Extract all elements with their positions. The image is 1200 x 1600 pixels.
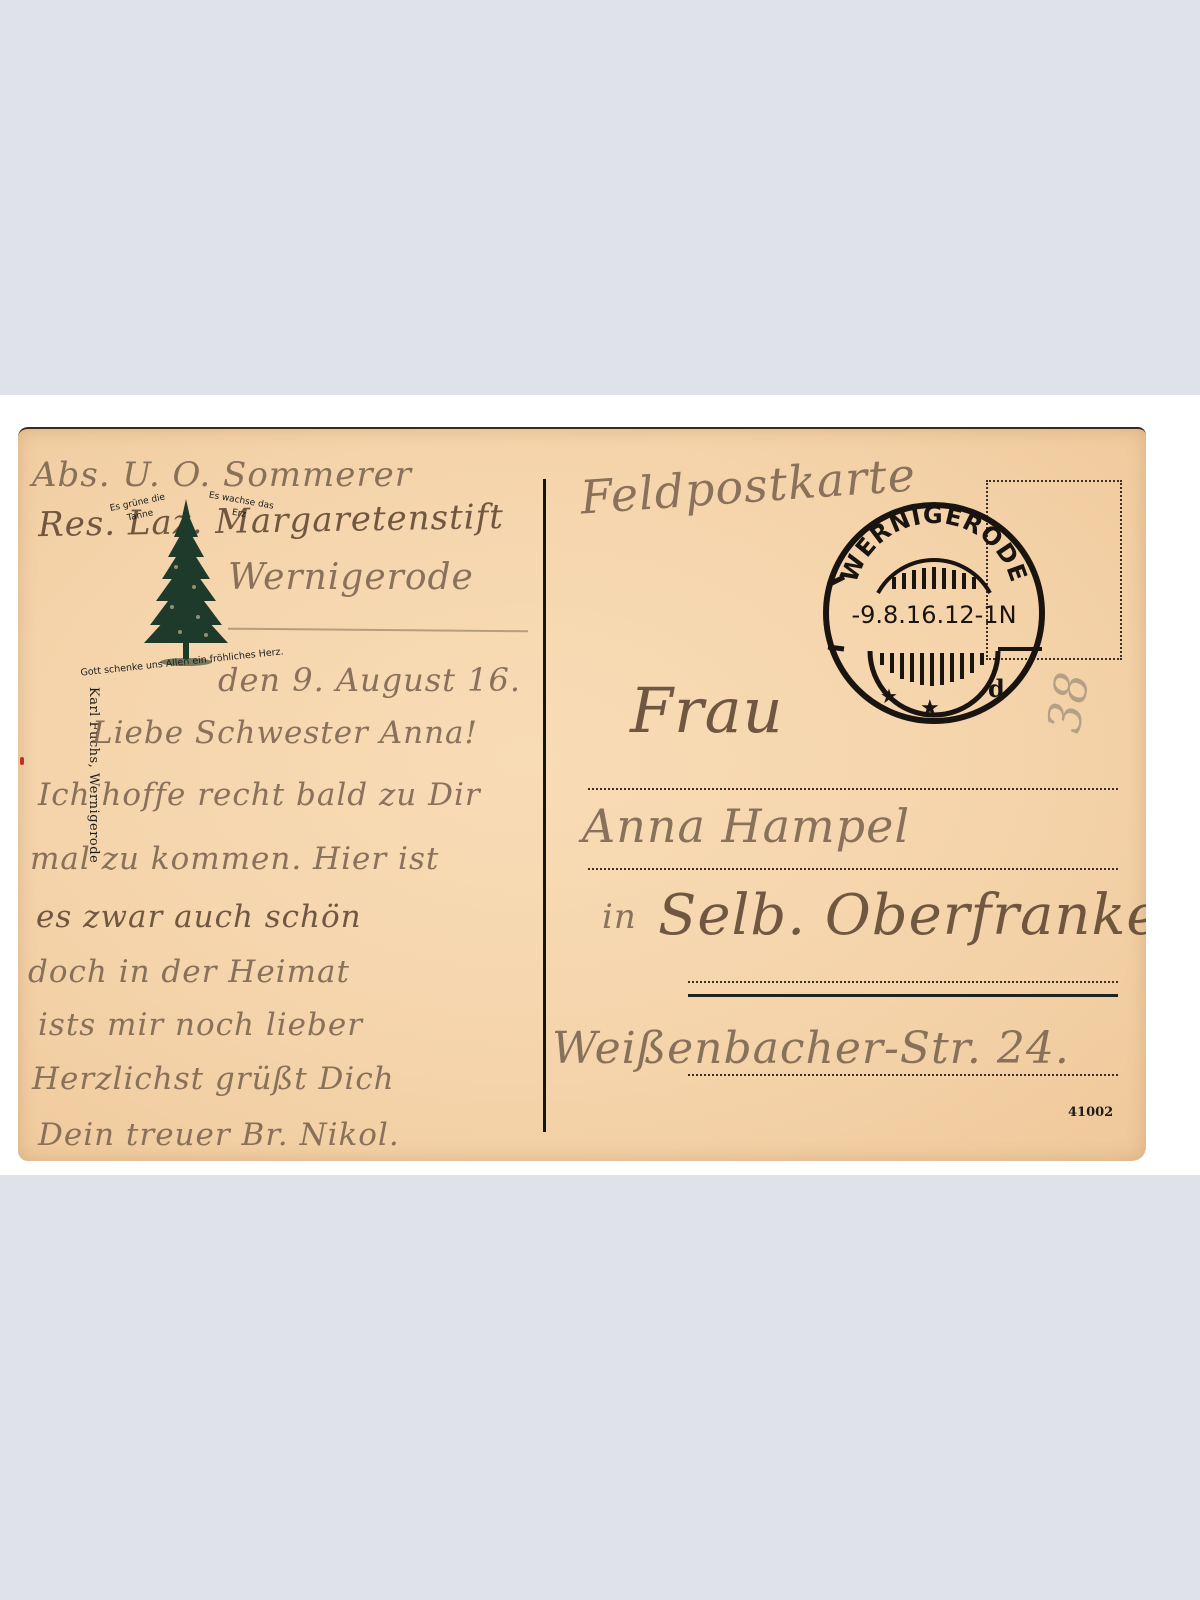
catalog-number: 41002 — [1068, 1105, 1113, 1120]
address-underline — [688, 994, 1118, 997]
message-line-4: mal zu kommen. Hier ist — [30, 841, 439, 877]
address-street: Weißenbacher-Str. 24. — [552, 1023, 1070, 1074]
address-salutation: Frau — [630, 674, 784, 747]
address-town: Selb. Oberfranken — [658, 883, 1146, 948]
message-line-2: Liebe Schwester Anna! — [92, 715, 478, 751]
address-line-2 — [588, 868, 1118, 870]
red-mark — [20, 757, 24, 765]
postcard: Abs. U. O. Sommerer Res. Laz. Margareten… — [18, 427, 1146, 1161]
message-line-6: doch in der Heimat — [28, 954, 350, 990]
star-icon: ★ — [880, 684, 898, 708]
address-name: Anna Hampel — [582, 799, 910, 853]
publisher-imprint: Karl Fuchs, Wernigerode — [86, 687, 101, 863]
postmark-letter: d — [988, 674, 1005, 703]
message-line-1: den 9. August 16. — [218, 661, 521, 699]
message-line-9: Dein treuer Br. Nikol. — [38, 1117, 400, 1153]
pencil-mark: 38 — [1036, 667, 1100, 736]
address-line-4 — [688, 1074, 1118, 1076]
message-line-5: es zwar auch schön — [36, 899, 362, 935]
star-icon: ★ — [920, 696, 940, 721]
fir-tree-illustration — [136, 497, 236, 672]
sender-line-3: Wernigerode — [228, 557, 474, 598]
center-divider — [543, 479, 546, 1132]
sender-line-1: Abs. U. O. Sommerer — [32, 455, 412, 495]
message-line-8: Herzlichst grüßt Dich — [32, 1061, 395, 1097]
message-line-7: ists mir noch lieber — [38, 1007, 363, 1043]
address-town-prefix: in — [602, 897, 637, 937]
postmark: WERNIGERODE -9.8.16.12-1N d ★ ★ — [818, 497, 1050, 729]
postmark-date: -9.8.16.12-1N — [851, 601, 1016, 629]
address-line-3 — [688, 981, 1118, 983]
underline-stroke — [228, 628, 528, 633]
address-line-1 — [588, 788, 1118, 790]
message-line-3: Ich hoffe recht bald zu Dir — [38, 777, 481, 813]
